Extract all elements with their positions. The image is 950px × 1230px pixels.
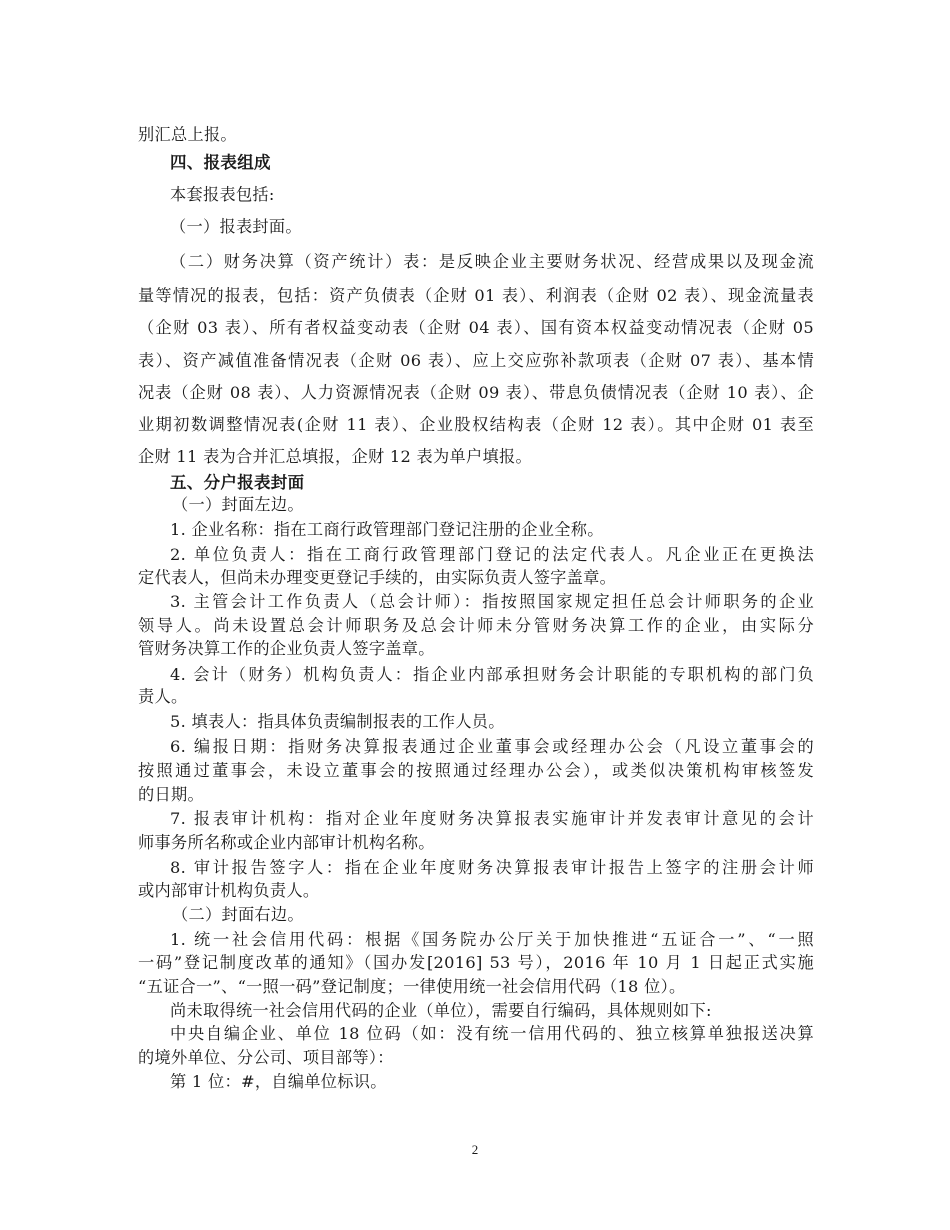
text-line: “五证合一”、“一照一码”登记制度；一律使用统一社会信用代码（18 位）。	[138, 977, 814, 997]
text-line: 8. 审计报告签字人：指在企业年度财务决算报表审计报告上签字的注册会计师	[170, 858, 814, 878]
text-line: 企财 11 表为合并汇总填报，企财 12 表为单户填报。	[138, 447, 814, 467]
text-line: 尚未取得统一社会信用代码的企业（单位），需要自行编码，具体规则如下:	[170, 1001, 814, 1021]
text-line: （二）财务决算（资产统计）表：是反映企业主要财务状况、经营成果以及现金流	[170, 252, 814, 272]
text-line: 一码”登记制度改革的通知》（国办发[2016] 53 号），2016 年 10 …	[138, 953, 814, 973]
text-line: （一）报表封面。	[170, 217, 814, 237]
text-line: 别汇总上报。	[138, 125, 814, 145]
page-number: 2	[0, 1142, 950, 1158]
text-line: 表）、资产减值准备情况表（企财 06 表）、应上交应弥补款项表（企财 07 表）…	[138, 351, 814, 371]
text-line: 7. 报表审计机构：指对企业年度财务决算报表实施审计并发表审计意见的会计	[170, 809, 814, 829]
text-line: 师事务所名称或企业内部审计机构名称。	[138, 833, 814, 853]
text-line: 5. 填表人：指具体负责编制报表的工作人员。	[170, 712, 814, 732]
text-line: 本套报表包括:	[170, 185, 814, 205]
text-line: 领导人。尚未设置总会计师职务及总会计师未分管财务决算工作的企业，由实际分	[138, 616, 814, 636]
text-line: 责人。	[138, 687, 814, 707]
text-line: 量等情况的报表，包括：资产负债表（企财 01 表）、利润表（企财 02 表）、现…	[138, 286, 814, 306]
text-line: （一）封面左边。	[172, 495, 814, 515]
text-line: 1. 统一社会信用代码：根据《国务院办公厅关于加快推进“五证合一”、“一照	[170, 930, 814, 950]
text-line: 中央自编企业、单位 18 位码（如：没有统一信用代码的、独立核算单独报送决算	[170, 1024, 814, 1044]
text-line: （企财 03 表）、所有者权益变动表（企财 04 表）、国有资本权益变动情况表（…	[138, 318, 814, 338]
text-line: 1. 企业名称：指在工商行政管理部门登记注册的企业全称。	[170, 520, 814, 540]
text-line: 或内部审计机构负责人。	[138, 881, 814, 901]
text-line: 6. 编报日期：指财务决算报表通过企业董事会或经理办公会（凡设立董事会的	[170, 737, 814, 757]
text-line: 3. 主管会计工作负责人（总会计师）：指按照国家规定担任总会计师职务的企业	[170, 592, 814, 612]
text-line: 业期初数调整情况表(企财 11 表）、企业股权结构表（企财 12 表）。其中企财…	[138, 415, 814, 435]
text-line: 定代表人，但尚未办理变更登记手续的，由实际负责人签字盖章。	[138, 568, 814, 588]
section-heading: 五、分户报表封面	[170, 473, 814, 493]
text-line: 的日期。	[138, 785, 814, 805]
text-line: 况表（企财 08 表）、人力资源情况表（企财 09 表）、带息负债情况表（企财 …	[138, 383, 814, 403]
text-line: 2. 单位负责人：指在工商行政管理部门登记的法定代表人。凡企业正在更换法	[170, 545, 814, 565]
document-page: 别汇总上报。四、报表组成本套报表包括:（一）报表封面。（二）财务决算（资产统计）…	[0, 0, 950, 1230]
text-line: 管财务决算工作的企业负责人签字盖章。	[138, 639, 814, 659]
text-line: 4. 会计（财务）机构负责人：指企业内部承担财务会计职能的专职机构的部门负	[170, 665, 814, 685]
section-heading: 四、报表组成	[170, 153, 814, 173]
text-line: 第 1 位：#，自编单位标识。	[170, 1072, 814, 1092]
text-line: 按照通过董事会，未设立董事会的按照通过经理办公会），或类似决策机构审核签发	[138, 761, 814, 781]
text-line: 的境外单位、分公司、项目部等）：	[138, 1048, 814, 1068]
text-line: （二）封面右边。	[172, 905, 814, 925]
